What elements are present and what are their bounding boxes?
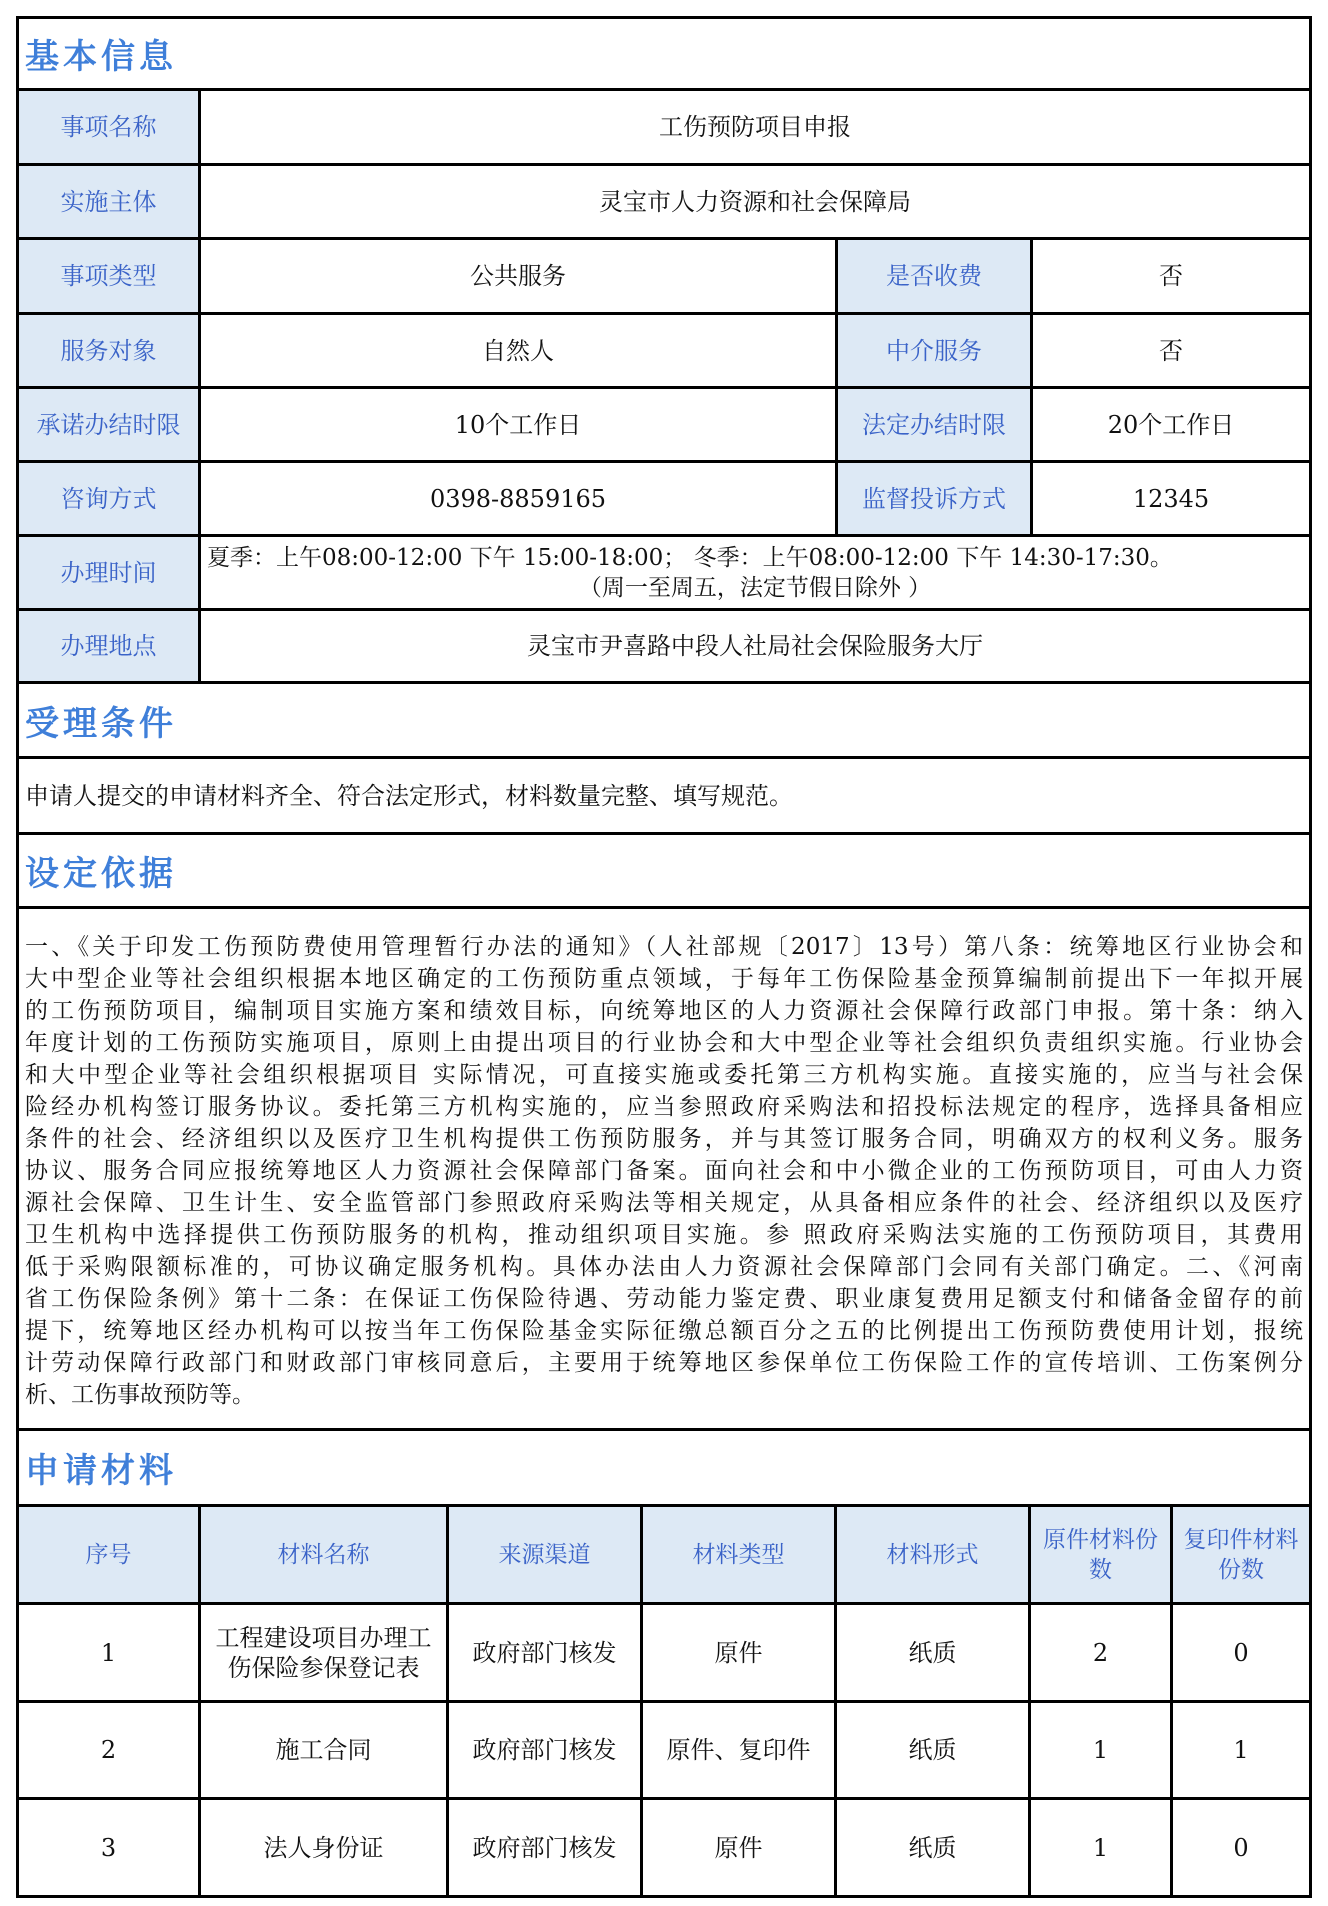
label-item-type: 事项类型 [16, 237, 201, 315]
row2-type: 原件、复印件 [640, 1700, 837, 1800]
acceptance-text: 申请人提交的申请材料齐全、符合法定形式，材料数量完整、填写规范。 [16, 756, 1312, 835]
row1-type: 原件 [640, 1602, 837, 1703]
row3-original-count: 1 [1028, 1797, 1173, 1898]
row1-index: 1 [16, 1602, 201, 1703]
basis-text: 一、《关于印发工伤预防费使用管理暂行办法的通知》（人社部规〔2017〕13号）第… [16, 906, 1312, 1431]
section-heading-basis: 设定依据 [16, 832, 1312, 909]
value-item-name: 工伤预防项目申报 [198, 88, 1312, 166]
basis-line: 的工伤预防项目，编制项目实施方案和绩效目标，向统筹地区的人力资源社会保障行政部门… [25, 995, 1303, 1027]
section-heading-acceptance: 受理条件 [16, 681, 1312, 759]
basis-line: 险经办机构签订服务协议。委托第三方机构实施的，应当参照政府采购法和招投标法规定的… [25, 1091, 1303, 1123]
row3-copy-count: 0 [1170, 1797, 1312, 1898]
value-service-target: 自然人 [198, 312, 838, 389]
label-location: 办理地点 [16, 608, 201, 684]
value-charge: 否 [1030, 237, 1312, 315]
row3-index: 3 [16, 1797, 201, 1898]
label-promised-limit: 承诺办结时限 [16, 386, 201, 463]
value-legal-limit: 20个工作日 [1030, 386, 1312, 463]
hours-line-2: （周一至周五，法定节假日除外 ） [207, 573, 1303, 603]
value-location: 灵宝市尹喜路中段人社局社会保险服务大厅 [198, 608, 1312, 684]
row3-source: 政府部门核发 [446, 1797, 643, 1898]
label-consult: 咨询方式 [16, 460, 201, 537]
col-header-source: 来源渠道 [446, 1504, 643, 1605]
label-service-target: 服务对象 [16, 312, 201, 389]
value-item-type: 公共服务 [198, 237, 838, 315]
label-hours: 办理时间 [16, 534, 201, 611]
value-implementer: 灵宝市人力资源和社会保障局 [198, 163, 1312, 240]
value-intermediary: 否 [1030, 312, 1312, 389]
label-implementer: 实施主体 [16, 163, 201, 240]
value-consult-phone: 0398-8859165 [198, 460, 838, 537]
basis-line: 卫生机构中选择提供工伤预防服务的机构，推动组织项目实施。参 照政府采购法实施的工… [25, 1219, 1303, 1251]
col-header-name: 材料名称 [198, 1504, 449, 1605]
basis-line: 省工伤保险条例》第十二条：在保证工伤保险待遇、劳动能力鉴定费、职业康复费用足额支… [25, 1283, 1303, 1315]
value-promised-limit: 10个工作日 [198, 386, 838, 463]
value-complaint-phone: 12345 [1030, 460, 1312, 537]
col-header-form: 材料形式 [834, 1504, 1031, 1605]
basis-line: 条件的社会、经济组织以及医疗卫生机构提供工伤预防服务，并与其签订服务合同，明确双… [25, 1123, 1303, 1155]
col-header-original-count: 原件材料份数 [1028, 1504, 1173, 1605]
basis-line: 协议、服务合同应报统筹地区人力资源社会保障部门备案。面向社会和中小微企业的工伤预… [25, 1155, 1303, 1187]
label-legal-limit: 法定办结时限 [835, 386, 1033, 463]
row2-index: 2 [16, 1700, 201, 1800]
row2-source: 政府部门核发 [446, 1700, 643, 1800]
basis-line: 年度计划的工伤预防实施项目，原则上由提出项目的行业协会和大中型企业等社会组织负责… [25, 1027, 1303, 1059]
row1-original-count: 2 [1028, 1602, 1173, 1703]
section-heading-basic-info: 基本信息 [16, 16, 1312, 91]
value-hours: 夏季：上午08:00-12:00 下午 15:00-18:00； 冬季：上午08… [198, 534, 1312, 611]
row3-form: 纸质 [834, 1797, 1031, 1898]
basis-line: 提下，统筹地区经办机构可以按当年工伤保险基金实际征缴总额百分之五的比例提出工伤预… [25, 1315, 1303, 1347]
col-header-type: 材料类型 [640, 1504, 837, 1605]
basis-line: 源社会保障、卫生计生、安全监管部门参照政府采购法等相关规定，从具备相应条件的社会… [25, 1187, 1303, 1219]
row2-name: 施工合同 [198, 1700, 449, 1800]
label-charge: 是否收费 [835, 237, 1033, 315]
row2-copy-count: 1 [1170, 1700, 1312, 1800]
row2-original-count: 1 [1028, 1700, 1173, 1800]
basis-line: 一、《关于印发工伤预防费使用管理暂行办法的通知》（人社部规〔2017〕13号）第… [25, 931, 1303, 963]
row3-type: 原件 [640, 1797, 837, 1898]
label-item-name: 事项名称 [16, 88, 201, 166]
label-complaint: 监督投诉方式 [835, 460, 1033, 537]
basis-line: 计劳动保障行政部门和财政部门审核同意后，主要用于统筹地区参保单位工伤保险工作的宣… [25, 1347, 1303, 1379]
col-header-copy-count: 复印件材料份数 [1170, 1504, 1312, 1605]
col-header-index: 序号 [16, 1504, 201, 1605]
basis-line: 低于采购限额标准的，可协议确定服务机构。具体办法由人力资源社会保障部门会同有关部… [25, 1251, 1303, 1283]
basis-line: 和大中型企业等社会组织根据项目 实际情况，可直接实施或委托第三方机构实施。直接实… [25, 1059, 1303, 1091]
section-heading-materials: 申请材料 [16, 1428, 1312, 1507]
row2-form: 纸质 [834, 1700, 1031, 1800]
row3-name: 法人身份证 [198, 1797, 449, 1898]
row1-source: 政府部门核发 [446, 1602, 643, 1703]
row1-copy-count: 0 [1170, 1602, 1312, 1703]
basis-line: 大中型企业等社会组织根据本地区确定的工伤预防重点领域，于每年工伤保险基金预算编制… [25, 963, 1303, 995]
hours-line-1: 夏季：上午08:00-12:00 下午 15:00-18:00； 冬季：上午08… [207, 543, 1303, 573]
row1-name: 工程建设项目办理工伤保险参保登记表 [198, 1602, 449, 1703]
basis-line: 析、工伤事故预防等。 [25, 1379, 1303, 1411]
row1-form: 纸质 [834, 1602, 1031, 1703]
label-intermediary: 中介服务 [835, 312, 1033, 389]
